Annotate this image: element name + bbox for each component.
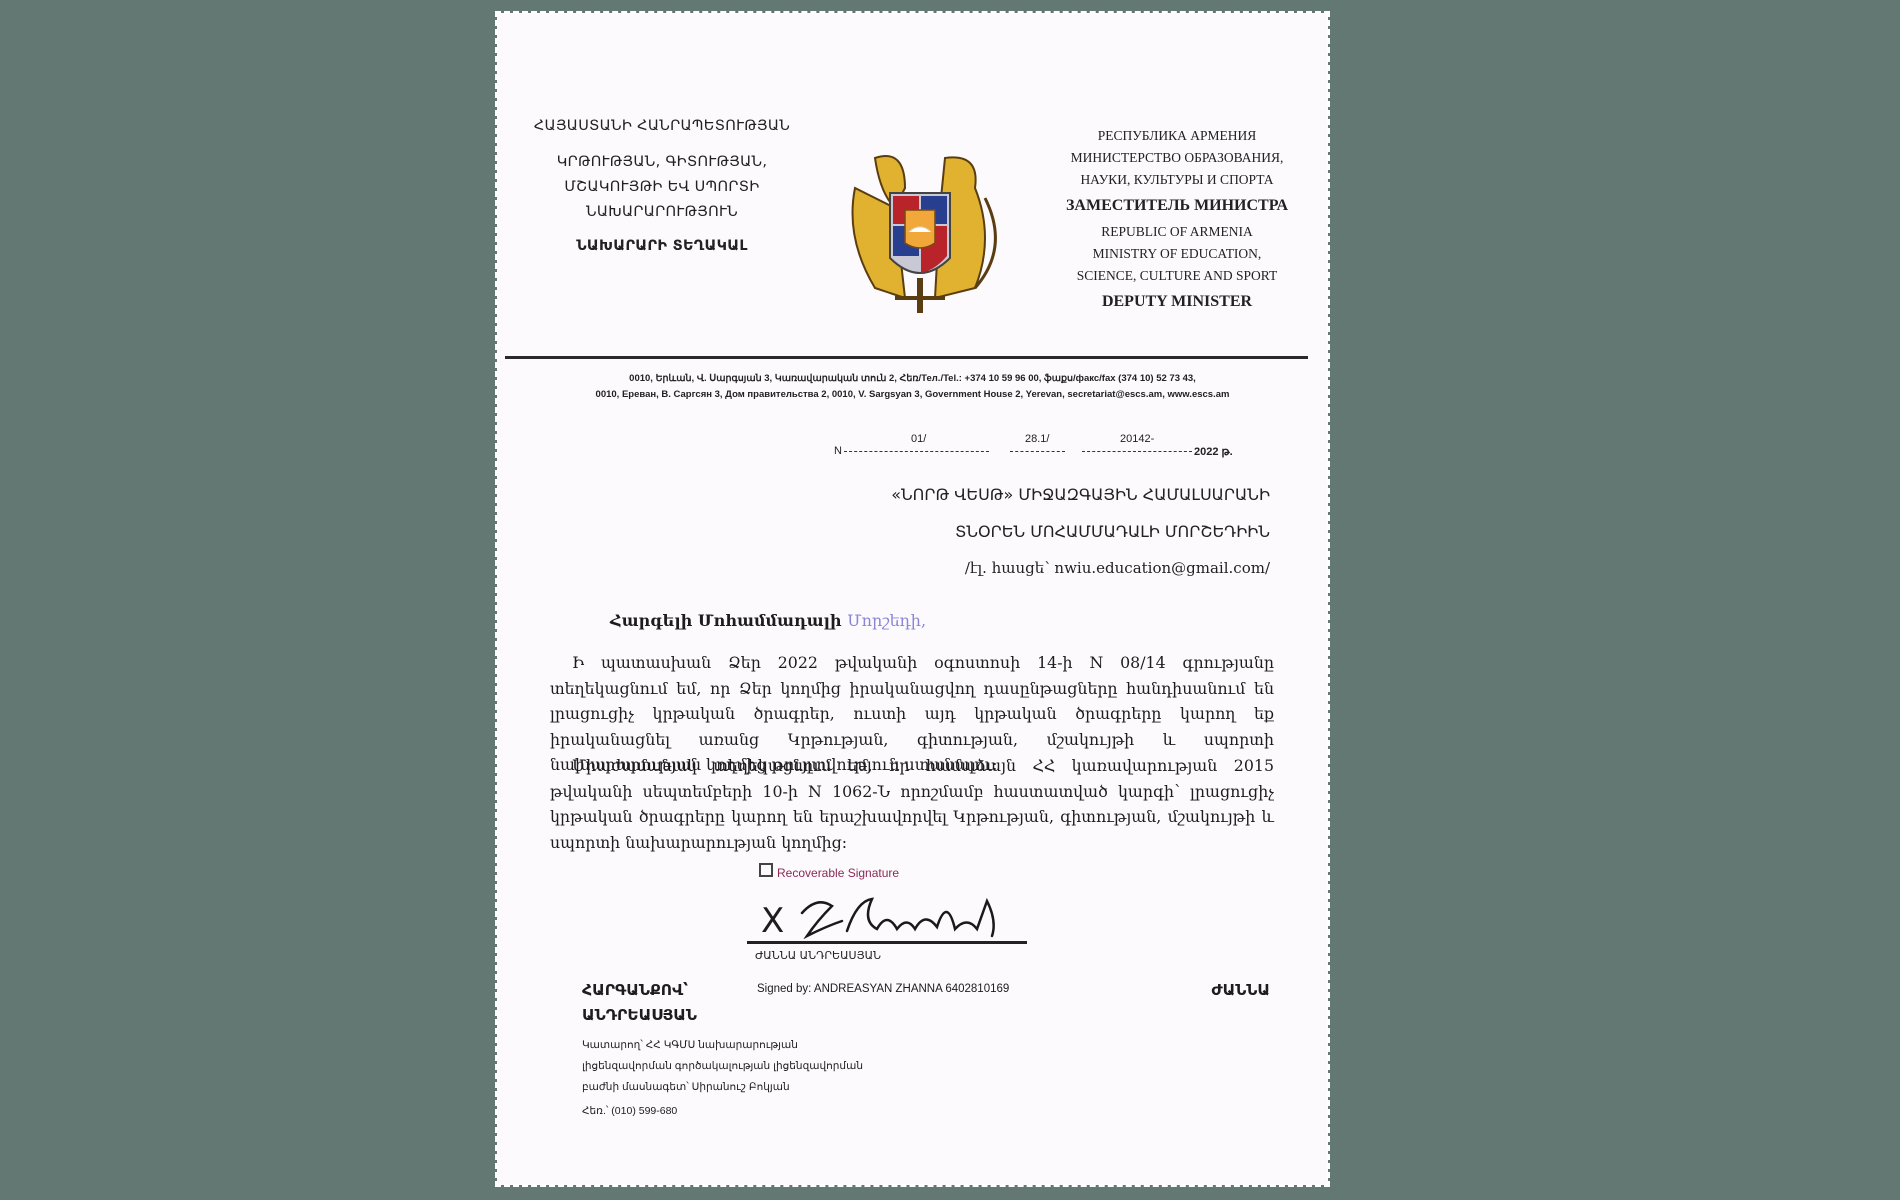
- header-ru-deputy: ЗАМЕСТИТЕЛЬ МИНИСТРА: [1047, 195, 1307, 217]
- ref-number-line: [844, 451, 989, 452]
- recipient-university: «ՆՈՐԹ ՎԵՍԹ» ՄԻՋԱԶԳԱՅԻՆ ՀԱՄԱԼՍԱՐԱՆԻ: [891, 485, 1270, 504]
- signature-icon: [759, 863, 773, 877]
- header-en-ministry-2: SCIENCE, CULTURE AND SPORT: [1047, 265, 1307, 287]
- ref-year: 2022 թ.: [1194, 445, 1233, 458]
- signature-name: ԺԱՆՆԱ ԱՆԴՐԵԱՍՅԱՆ: [755, 949, 881, 962]
- body-text-2: Միաժամանակ տեղեկացնում եմ, որ համաձայն Հ…: [550, 753, 1274, 855]
- header-armenian: ՀԱՅԱՍՏԱՆԻ ՀԱՆՐԱՊԵՏՈՒԹՅԱՆ ԿՐԹՈՒԹՅԱՆ, ԳԻՏՈ…: [497, 118, 827, 263]
- address-line-2: 0010, Ереван, В. Саргсян 3, Дом правител…: [497, 387, 1328, 403]
- ref-n-prefix: N: [834, 445, 842, 457]
- recipient-email: /էլ. հասցե՝ nwiu.education@gmail.com/: [891, 559, 1270, 577]
- header-en-republic: REPUBLIC OF ARMENIA: [1047, 221, 1307, 243]
- header-deputy-minister: ՆԱԽԱՐԱՐԻ ՏԵՂԱԿԱԼ: [497, 238, 827, 254]
- header-ministry-line1: ԿՐԹՈՒԹՅԱՆ, ԳԻՏՈՒԹՅԱՆ,: [497, 154, 827, 170]
- executor-block: Կատարող՝ ՀՀ ԿԳՄՍ նախարարության լիցենզավո…: [582, 1035, 863, 1098]
- recipient-block: «ՆՈՐԹ ՎԵՍԹ» ՄԻՋԱԶԳԱՅԻՆ ՀԱՄԱԼՍԱՐԱՆԻ ՏՆՕՐԵ…: [891, 485, 1270, 595]
- ref-date: 28.1/: [1025, 433, 1049, 445]
- executor-line-3: բաժնի մասնագետ՝ Սիրանուշ Բոկյան: [582, 1077, 863, 1098]
- signer-last-name: ԱՆԴՐԵԱՍՅԱՆ: [582, 1006, 697, 1024]
- recipient-director: ՏՆՕՐԵՆ ՄՈՀԱՄՄԱԴԱԼԻ ՄՈՐՇԵԴԻԻՆ: [891, 522, 1270, 541]
- executor-line-2: լիցենզավորման գործակալության լիցենզավորմ…: [582, 1056, 863, 1077]
- signer-first-name: ԺԱՆՆԱ: [1211, 981, 1270, 999]
- executor-phone: Հեռ.՝ (010) 599-680: [582, 1105, 677, 1117]
- greeting-text: Հարգելի Մոհամմադալի: [610, 611, 847, 630]
- header-en-ministry-1: MINISTRY OF EDUCATION,: [1047, 243, 1307, 265]
- greeting-name: Մորշեդի,: [847, 611, 926, 630]
- greeting: Հարգելի Մոհամմադալի Մորշեդի,: [610, 611, 926, 630]
- address-line-1: 0010, Երևան, Վ. Սարգսյան 3, Կառավարական …: [497, 371, 1328, 387]
- ref-date-line: [1010, 451, 1065, 452]
- address-block: 0010, Երևան, Վ. Սարգսյան 3, Կառավարական …: [497, 371, 1328, 403]
- header-ru-ministry-1: МИНИСТЕРСТВО ОБРАЗОВАНИЯ,: [1047, 147, 1307, 169]
- ref-code-line: [1082, 451, 1192, 452]
- header-ru-ministry-2: НАУКИ, КУЛЬТУРЫ И СПОРТА: [1047, 169, 1307, 191]
- header-ministry-line3: ՆԱԽԱՐԱՐՈՒԹՅՈՒՆ: [497, 204, 827, 220]
- header-en-deputy: DEPUTY MINISTER: [1047, 291, 1307, 313]
- signature-line: [747, 941, 1027, 944]
- closing-regards: ՀԱՐԳԱՆՔՈՎ՝: [582, 981, 688, 999]
- signature-mark: X: [761, 901, 784, 941]
- signature-label: Recoverable Signature: [777, 866, 899, 880]
- header-divider: [505, 356, 1308, 359]
- body-paragraph-2: Միաժամանակ տեղեկացնում եմ, որ համաձայն Հ…: [550, 753, 1274, 855]
- header-republic: ՀԱՅԱՍՏԱՆԻ ՀԱՆՐԱՊԵՏՈՒԹՅԱՆ: [497, 118, 827, 134]
- signed-by-text: Signed by: ANDREASYAN ZHANNA 6402810169: [757, 983, 1009, 995]
- header-ministry-line2: ՄՇԱԿՈՒՅԹԻ ԵՎ ՍՊՈՐՏԻ: [497, 179, 827, 195]
- coat-of-arms-icon: [835, 148, 1005, 318]
- ref-code: 20142-: [1120, 433, 1154, 445]
- ref-number: 01/: [911, 433, 926, 445]
- handwritten-signature-icon: [797, 891, 1017, 946]
- executor-line-1: Կատարող՝ ՀՀ ԿԳՄՍ նախարարության: [582, 1035, 863, 1056]
- header-ru-republic: РЕСПУБЛИКА АРМЕНИЯ: [1047, 125, 1307, 147]
- letter-page: ՀԱՅԱՍՏԱՆԻ ՀԱՆՐԱՊԵՏՈՒԹՅԱՆ ԿՐԹՈՒԹՅԱՆ, ԳԻՏՈ…: [497, 13, 1328, 1185]
- header-russian-english: РЕСПУБЛИКА АРМЕНИЯ МИНИСТЕРСТВО ОБРАЗОВА…: [1047, 125, 1307, 317]
